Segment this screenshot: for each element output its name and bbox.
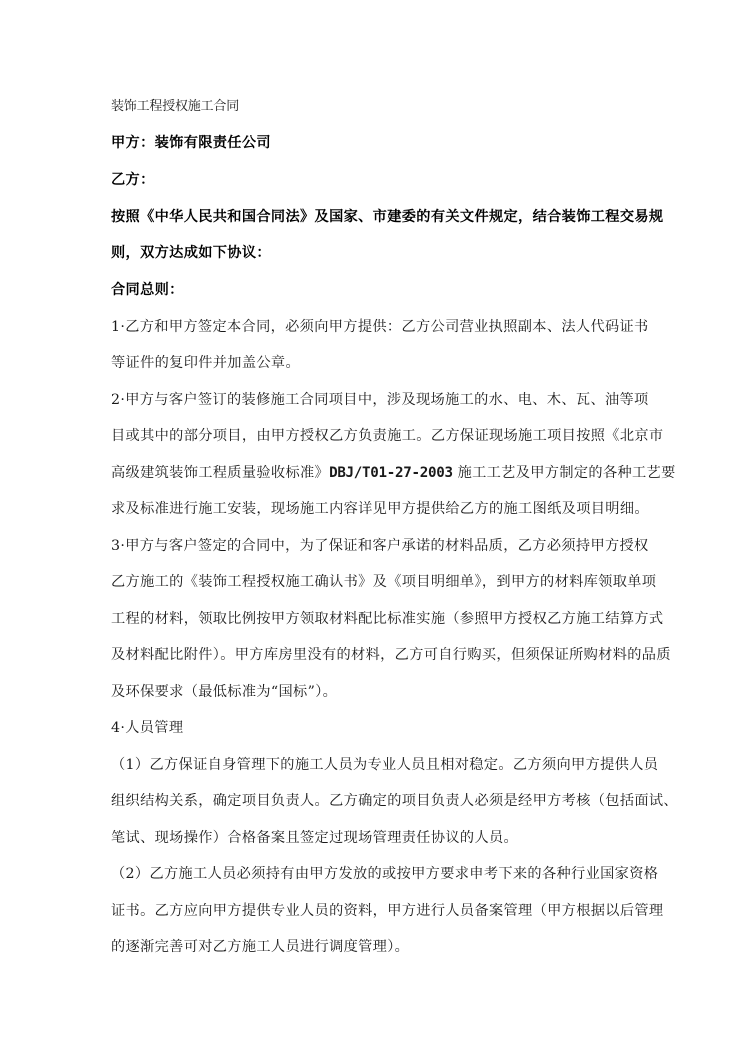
clause-3-line-1: 3·甲方与客户签定的合同中，为了保证和客户承诺的材料品质，乙方必须持甲方授权 [111, 537, 649, 555]
clause-3-line-4: 及材料配比附件）。甲方库房里没有的材料，乙方可自行购买，但须保证所购材料的品质 [111, 646, 671, 664]
clause-4-1-line-3: 笔试、现场操作）合格备案且签定过现场管理责任协议的人员。 [111, 829, 518, 847]
clause-4-2-line-2: 证书。乙方应向甲方提供专业人员的资料，甲方进行人员备案管理（甲方根据以后管理 [111, 902, 663, 920]
clause-2-line-3-prefix: 高级建筑装饰工程质量验收标准》 [111, 465, 329, 481]
clause-4-2-line-1: （2）乙方施工人员必须持有由甲方发放的或按甲方要求申考下来的各种行业国家资格 [111, 865, 658, 883]
party-a-line: 甲方：装饰有限责任公司 [111, 134, 271, 152]
clause-3-line-3: 工程的材料，领取比例按甲方领取材料配比标准实施（参照甲方授权乙方施工结算方式 [111, 610, 663, 628]
standard-code: DBJ/T01-27-2003 [329, 465, 453, 481]
clause-4-2-line-3: 的逐渐完善可对乙方施工人员进行调度管理）。 [111, 938, 409, 956]
clause-4-1-line-1: （1）乙方保证自身管理下的施工人员为专业人员且相对稳定。乙方须向甲方提供人员 [111, 756, 658, 774]
document-title: 装饰工程授权施工合同 [111, 98, 239, 116]
clause-4-heading: 4·人员管理 [111, 719, 183, 737]
clause-2-line-3-suffix: 施工工艺及甲方制定的各种工艺要 [453, 465, 676, 481]
clause-2-line-1: 2·甲方与客户签订的装修施工合同项目中，涉及现场施工的水、电、木、瓦、油等项 [111, 391, 649, 409]
clause-2-line-4: 求及标准进行施工安装，现场施工内容详见甲方提供给乙方的施工图纸及项目明细。 [111, 500, 649, 518]
preamble-line-1: 按照《中华人民共和国合同法》及国家、市建委的有关文件规定，结合装饰工程交易规 [111, 208, 663, 226]
preamble-line-2: 则，双方达成如下协议： [111, 244, 271, 262]
clause-2-line-3: 高级建筑装饰工程质量验收标准》DBJ/T01-27-2003 施工工艺及甲方制定… [111, 464, 676, 482]
section-heading-general-provisions: 合同总则： [111, 281, 184, 299]
clause-3-line-5: 及环保要求（最低标准为“国标”）。 [111, 683, 337, 701]
clause-4-1-line-2: 组织结构关系，确定项目负责人。乙方确定的项目负责人必须是经甲方考核（包括面试、 [111, 792, 678, 810]
clause-1-line-2: 等证件的复印件并加盖公章。 [111, 354, 300, 372]
clause-2-line-2: 目或其中的部分项目，由甲方授权乙方负责施工。乙方保证现场施工项目按照《北京市 [111, 427, 663, 445]
party-b-line: 乙方： [111, 171, 155, 189]
clause-1-line-1: 1·乙方和甲方签定本合同，必须向甲方提供：乙方公司营业执照副本、法人代码证书 [111, 318, 649, 336]
document-page: 装饰工程授权施工合同 甲方：装饰有限责任公司 乙方： 按照《中华人民共和国合同法… [0, 0, 744, 1052]
clause-3-line-2: 乙方施工的《装饰工程授权施工确认书》及《项目明细单》，到甲方的材料库领取单项 [111, 573, 656, 591]
